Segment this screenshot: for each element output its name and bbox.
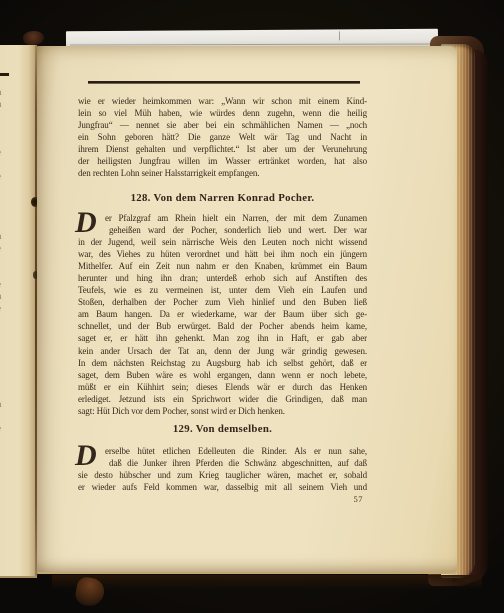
text-line: ihrem Dienst gehalten und verpflichtet.“…: [78, 143, 367, 155]
text-line: Stoßen, derhalben der Pocher zum Vieh hi…: [78, 296, 367, 308]
text-line: saget, dem Buben wäre es wohl ergangen, …: [78, 369, 367, 381]
text-line: e: [0, 170, 14, 182]
text-line: [0, 134, 14, 146]
text-line: war, des Viehes zu hüten verordnet und h…: [78, 248, 367, 260]
text-line: den rechten Lohn seiner Halsstarrigkeit …: [78, 167, 367, 179]
text-line: n: [0, 230, 14, 242]
text-line: Jungfrau“ — nennet sie aber bei ein schm…: [78, 119, 367, 131]
text-line: [0, 194, 14, 206]
text-line: n: [0, 398, 14, 410]
text-line: erselbe hütet etlichen Edelleuten die Ri…: [105, 445, 367, 457]
section-128-lines: er Pfalzgraf am Rhein hielt ein Narren, …: [78, 212, 367, 417]
right-page: wie er wieder heimkommen war: „Wann wir …: [37, 46, 457, 574]
text-line: t: [0, 266, 14, 278]
text-line: t: [0, 218, 14, 230]
text-line: saget er, er hätt ihn gehenkt. Man zog i…: [78, 332, 367, 344]
text-line: sagt: Hüt Dich vor dem Pocher, sonst wir…: [78, 405, 367, 417]
page-number: 57: [78, 494, 367, 504]
text-line: er wieder aufs Feld kommen war, dasselbi…: [78, 481, 367, 493]
text-line: r: [0, 254, 14, 266]
text-line: [0, 182, 14, 194]
section-128-heading: 128. Von dem Narren Konrad Pocher.: [78, 192, 367, 206]
text-line: in der Jugend, weil sein närrische Weis …: [78, 236, 367, 248]
text-line: [0, 362, 14, 374]
book-photo: nhteretnertenetrne wie er wieder heimkom…: [0, 0, 504, 613]
text-line: In dem nächsten Reichstag zu Augsburg ha…: [78, 357, 367, 369]
text-line: kein ander Ursach der Tat an, denn der J…: [78, 345, 367, 357]
section-128-paragraph: D er Pfalzgraf am Rhein hielt ein Narren…: [78, 212, 367, 417]
text-line: daß die Junker ihren Pferden die Schwänz…: [109, 457, 367, 469]
left-page-sliver: nhteretnertenetrne: [0, 45, 37, 578]
text-line: t: [0, 314, 14, 326]
text-line: e: [0, 146, 14, 158]
text-line: Teufels, wie es zu vermeinen ist, unter …: [78, 284, 367, 296]
header-rule: [88, 81, 360, 84]
text-line: e: [0, 242, 14, 254]
section-129-lines: erselbe hütet etlichen Edelleuten die Ri…: [78, 445, 367, 493]
text-line: schnellet, und der Bub erwürget. Bald de…: [78, 320, 367, 332]
text-line: am Baum hangen. Da er wiederkame, war de…: [78, 308, 367, 320]
drop-cap-128: D: [75, 209, 105, 236]
text-line: erlediget. Jetzund ists ein Sprichwort w…: [78, 393, 367, 405]
text-line: lein so viel Müh haben, wie würdes denn …: [78, 107, 367, 119]
text-line: müßt er ein Kühhirt sein; dieses Elends …: [78, 381, 367, 393]
paragraph-continuation: wie er wieder heimkommen war: „Wann wir …: [78, 95, 367, 179]
text-line: [0, 206, 14, 218]
spine-headband: [22, 30, 45, 47]
left-page-text-fragments: nhteretnertenetrne: [0, 86, 14, 434]
text-line: der heiligsten Jungfrau willen im Wasser…: [78, 155, 367, 167]
text-line: ein Sohn geboren hätt? Die ganze Welt wä…: [78, 131, 367, 143]
text-line: Mithelfer. Auf ein Zeit nun nahm er den …: [78, 260, 367, 272]
text-line: r: [0, 158, 14, 170]
text-line: [0, 350, 14, 362]
text-line: geheißen ward der Pocher, sonderlich lie…: [109, 224, 367, 236]
text-line: e: [0, 422, 14, 434]
book-cover-bottom: [52, 575, 482, 589]
text-line: [0, 374, 14, 386]
text-line: herunter und hing ihn dran; unterdeß erh…: [78, 272, 367, 284]
text-line: [0, 410, 14, 422]
text-line: r: [0, 326, 14, 338]
text-line: e: [0, 278, 14, 290]
text-line: wie er wieder heimkommen war: „Wann wir …: [78, 95, 367, 107]
section-129-paragraph: D erselbe hütet etlichen Edelleuten die …: [78, 445, 367, 493]
text-line: sie desto hübscher und zum Krieg tauglic…: [78, 469, 367, 481]
text-line: n: [0, 86, 14, 98]
text-line: er Pfalzgraf am Rhein hielt ein Narren, …: [105, 212, 367, 224]
drop-cap-129: D: [75, 442, 105, 469]
text-line: [0, 122, 14, 134]
text-line: h: [0, 98, 14, 110]
text-line: n: [0, 290, 14, 302]
section-129-heading: 129. Von demselben.: [78, 423, 367, 437]
text-line: [0, 338, 14, 350]
text-line: t: [0, 110, 14, 122]
text-line: e: [0, 302, 14, 314]
left-page-rule-fragment: [0, 73, 9, 76]
text-line: [0, 386, 14, 398]
